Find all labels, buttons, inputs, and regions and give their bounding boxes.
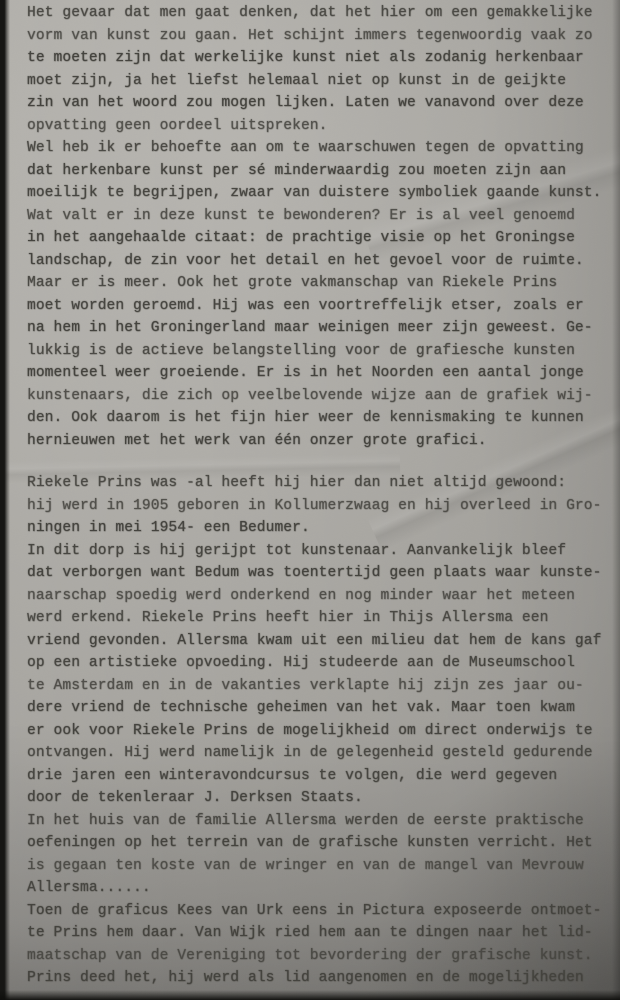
text-line: kunstenaars, die zich op veelbelovende w… xyxy=(27,385,614,408)
text-line: moet zijn, ja het liefst helemaal niet o… xyxy=(27,70,614,93)
text-line: hij werd in 1905 geboren in Kollumerzwaa… xyxy=(27,495,614,518)
text-line: in het aangehaalde citaat: de prachtige … xyxy=(27,227,614,250)
text-line: Wel heb ik er behoefte aan om te waarsch… xyxy=(27,137,614,160)
text-line: vorm van kunst zou gaan. Het schijnt imm… xyxy=(27,25,614,48)
text-line: In het huis van de familie Allersma werd… xyxy=(27,810,614,833)
text-line: Prins deed het, hij werd als lid aangeno… xyxy=(27,967,614,990)
text-line: moet worden geroemd. Hij was een voortre… xyxy=(27,295,614,318)
text-line: dere vriend de technische geheimen van h… xyxy=(27,697,614,720)
text-line: te Amsterdam en in de vakanties verklapt… xyxy=(27,675,614,698)
text-line: hernieuwen met het werk van één onzer gr… xyxy=(27,430,614,453)
text-line: moeilijk te begrijpen, zwaar van duister… xyxy=(27,182,614,205)
paragraph-block: Het gevaar dat men gaat denken, dat het … xyxy=(27,2,614,452)
text-line: opvatting geen oordeel uitspreken. xyxy=(27,115,614,138)
text-line: te Prins hem daar. Van Wijk ried hem aan… xyxy=(27,922,614,945)
text-line: is gegaan ten koste van de wringer en va… xyxy=(27,855,614,878)
text-line: ningen in mei 1954- een Bedumer. xyxy=(27,517,614,540)
paragraph-block: Riekele Prins was -al heeft hij hier dan… xyxy=(27,472,614,990)
text-line: Allersma...... xyxy=(27,877,614,900)
text-line: ontvangen. Hij werd namelijk in de geleg… xyxy=(27,742,614,765)
text-line: na hem in het Groningerland maar weinige… xyxy=(27,317,614,340)
text-line: er ook voor Riekele Prins de mogelijkhei… xyxy=(27,720,614,743)
text-line: werd erkend. Riekele Prins heeft hier in… xyxy=(27,607,614,630)
text-line: Toen de graficus Kees van Urk eens in Pi… xyxy=(27,900,614,923)
text-line: Wat valt er in deze kunst te bewonderen?… xyxy=(27,205,614,228)
text-line: Riekele Prins was -al heeft hij hier dan… xyxy=(27,472,614,495)
text-line: dat herkenbare kunst per sé minderwaardi… xyxy=(27,160,614,183)
text-line: zin van het woord zou mogen lijken. Late… xyxy=(27,92,614,115)
text-line: drie jaren een winteravondcursus te volg… xyxy=(27,765,614,788)
text-line: Maar er is meer. Ook het grote vakmansch… xyxy=(27,272,614,295)
photographed-document: Het gevaar dat men gaat denken, dat het … xyxy=(0,0,620,1000)
text-line: In dit dorp is hij gerijpt tot kunstenaa… xyxy=(27,540,614,563)
text-line: Het gevaar dat men gaat denken, dat het … xyxy=(27,2,614,25)
text-line: oefeningen op het terrein van de grafisc… xyxy=(27,832,614,855)
text-line: vriend gevonden. Allersma kwam uit een m… xyxy=(27,630,614,653)
text-line: maatschap van de Vereniging tot bevorder… xyxy=(27,945,614,968)
text-line: te moeten zijn dat werkelijke kunst niet… xyxy=(27,47,614,70)
text-line: op een artistieke opvoeding. Hij studeer… xyxy=(27,652,614,675)
text-line: den. Ook daarom is het fijn hier weer de… xyxy=(27,407,614,430)
photo-edge-bottom xyxy=(0,990,620,1000)
text-line: landschap, de zin voor het detail en het… xyxy=(27,250,614,273)
text-line: naarschap spoedig werd onderkend en nog … xyxy=(27,585,614,608)
photo-edge-right xyxy=(612,0,620,1000)
text-line: door de tekenleraar J. Derksen Staats. xyxy=(27,787,614,810)
text-line: lukkig is de actieve belangstelling voor… xyxy=(27,340,614,363)
typewritten-page: Het gevaar dat men gaat denken, dat het … xyxy=(27,2,614,1000)
text-line: dat verborgen want Bedum was toentertijd… xyxy=(27,562,614,585)
text-line: momenteel weer groeiende. Er is in het N… xyxy=(27,362,614,385)
photo-edge-left xyxy=(0,0,10,1000)
